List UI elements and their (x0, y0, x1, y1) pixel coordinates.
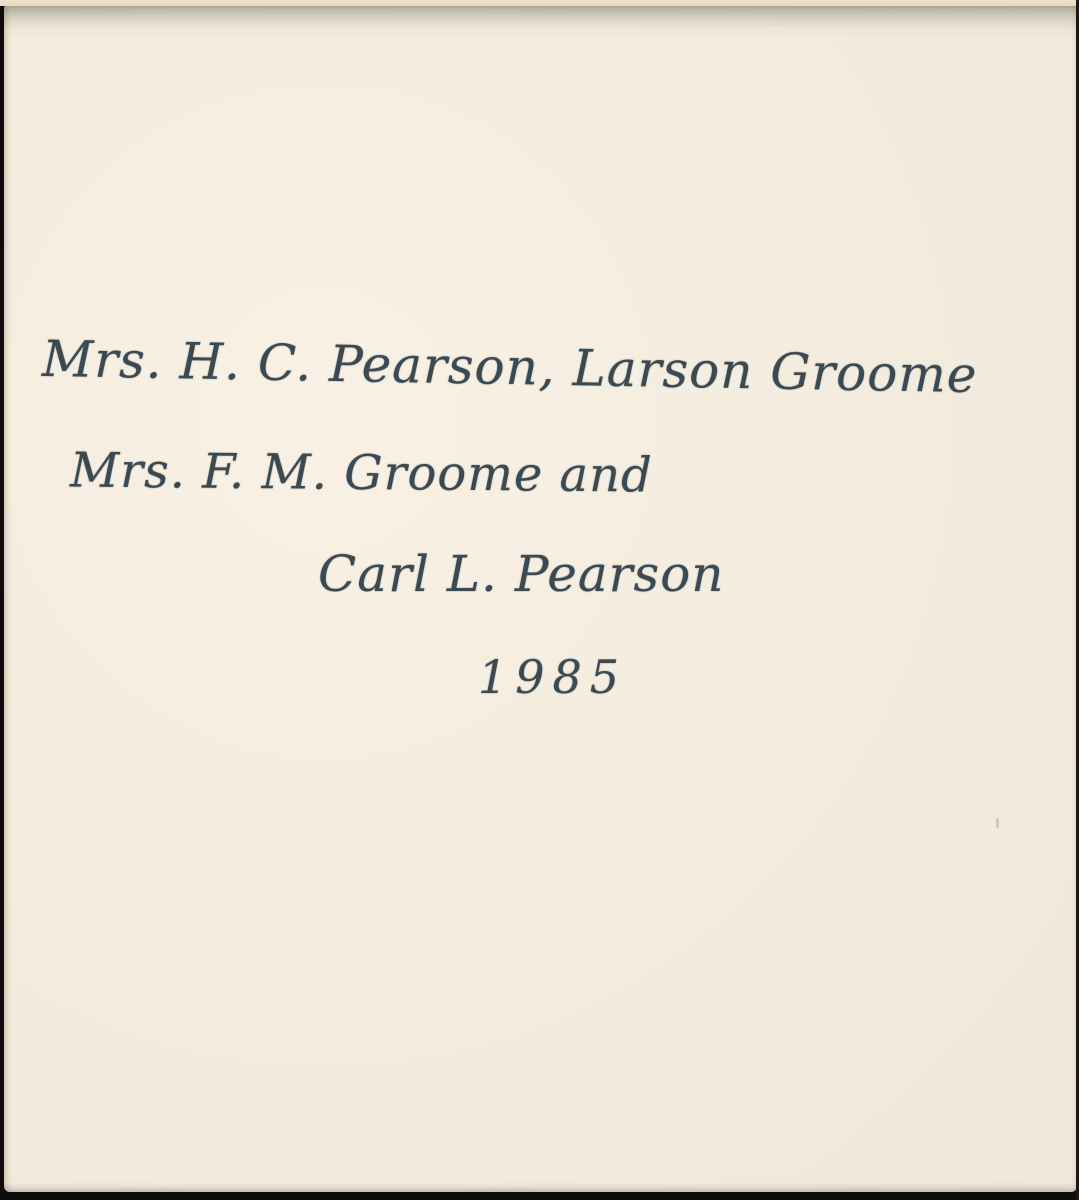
inscription-year: 1985 (478, 650, 627, 704)
inscription-line-names-1: Mrs. H. C. Pearson, Larson Groome (42, 330, 978, 404)
inscription-line-names-3: Carl L. Pearson (318, 545, 725, 603)
inscription-line-names-2: Mrs. F. M. Groome and (70, 442, 653, 503)
scanned-photo-back: Mrs. H. C. Pearson, Larson Groome Mrs. F… (0, 0, 1079, 1200)
handwritten-inscription: Mrs. H. C. Pearson, Larson Groome Mrs. F… (0, 0, 1079, 1200)
